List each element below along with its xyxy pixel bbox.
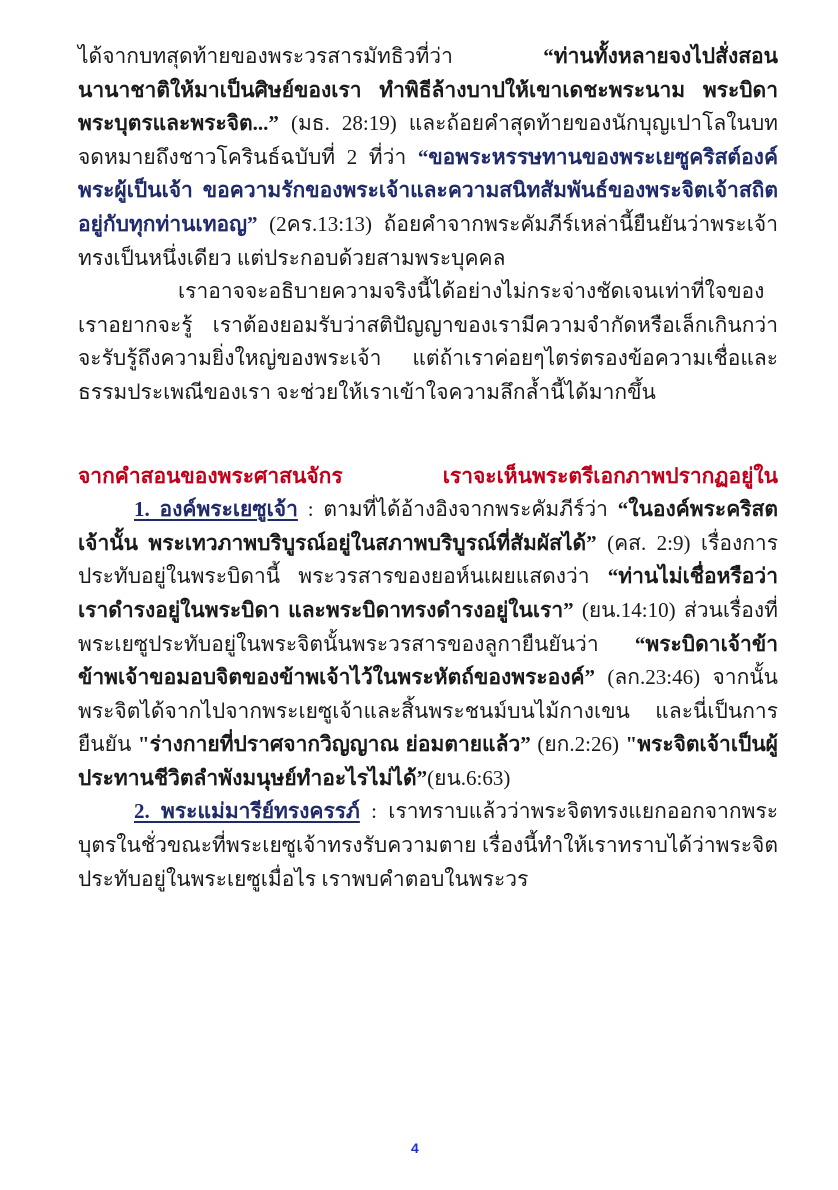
body-text: ตามที่ได้อ้างอิงจากพระคัมภีร์ว่า: [323, 497, 617, 521]
scripture-reference: (ยก.2:26): [531, 732, 626, 756]
scripture-reference: (มธ. 28:19): [279, 111, 409, 135]
scripture-reference: (คส. 2:9): [597, 531, 701, 555]
scripture-reference: (ยน.14:10): [574, 598, 684, 622]
scripture-reference: (ลก.23:46): [595, 665, 712, 689]
scripture-quote: "ร่างกายที่ปราศจากวิญญาณ ย่อมตายแล้ว”: [138, 732, 531, 756]
item-title-jesus: 1. องค์พระเยซูเจ้า: [134, 497, 298, 521]
paragraph-reflection: เราอาจจะอธิบายความจริงนี้ได้อย่างไม่กระจ…: [78, 275, 778, 409]
item-mary: 2. พระแม่มารีย์ทรงครรภ์ : เราทราบแล้วว่า…: [78, 795, 778, 896]
item-title-mary: 2. พระแม่มารีย์ทรงครรภ์: [134, 799, 360, 823]
body-text: ได้จากบทสุดท้ายของพระวรสารมัทธิวที่ว่า: [78, 44, 543, 68]
scripture-reference: (2คร.13:13): [258, 212, 384, 236]
paragraph-scripture-intro: ได้จากบทสุดท้ายของพระวรสารมัทธิวที่ว่า “…: [78, 40, 778, 275]
section-heading: จากคำสอนของพระศาสนจักร เราจะเห็นพระตรีเอ…: [78, 460, 778, 494]
section-spacer: [78, 410, 778, 460]
scripture-reference: (ยน.6:63): [427, 766, 510, 790]
colon: :: [298, 497, 323, 521]
page-number: 4: [411, 1140, 419, 1156]
document-page: ได้จากบทสุดท้ายของพระวรสารมัทธิวที่ว่า “…: [78, 40, 778, 896]
colon: :: [360, 799, 388, 823]
item-jesus: 1. องค์พระเยซูเจ้า : ตามที่ได้อ้างอิงจาก…: [78, 493, 778, 795]
